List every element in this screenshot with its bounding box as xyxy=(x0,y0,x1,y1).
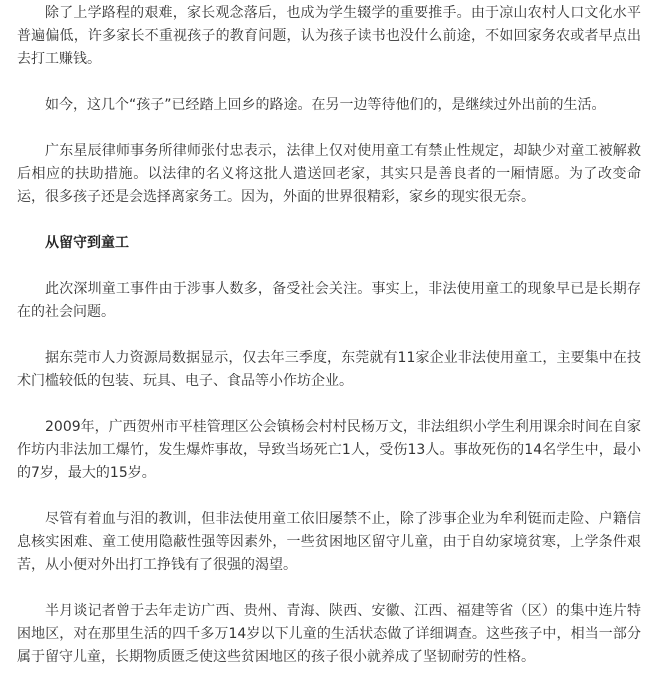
paragraph-return-home: 如今，这几个“孩子”已经踏上回乡的路途。在另一边等待他们的，是继续过外出前的生活… xyxy=(17,94,641,117)
paragraph-parental-attitudes: 除了上学路程的艰难，家长观念落后，也成为学生辍学的重要推手。由于凉山农村人口文化… xyxy=(17,2,641,71)
paragraph-persistent-problem: 尽管有着血与泪的教训，但非法使用童工依旧屡禁不止，除了涉事企业为牟利铤而走险、户… xyxy=(17,508,641,577)
section-heading: 从留守到童工 xyxy=(17,232,641,255)
paragraph-hezhou-explosion: 2009年，广西贺州市平桂管理区公会镇杨会村村民杨万文，非法组织小学生利用课余时… xyxy=(17,416,641,485)
paragraph-dongguan-data: 据东莞市人力资源局数据显示，仅去年三季度，东莞就有11家企业非法使用童工，主要集… xyxy=(17,347,641,393)
paragraph-shenzhen-incident: 此次深圳童工事件由于涉事人数多，备受社会关注。事实上，非法使用童工的现象早已是长… xyxy=(17,278,641,324)
article-body: 除了上学路程的艰难，家长观念落后，也成为学生辍学的重要推手。由于凉山农村人口文化… xyxy=(0,0,641,669)
paragraph-lawyer-comment: 广东星辰律师事务所律师张付忠表示，法律上仅对使用童工有禁止性规定，却缺少对童工被… xyxy=(17,140,641,209)
paragraph-survey: 半月谈记者曾于去年走访广西、贵州、青海、陕西、安徽、江西、福建等省（区）的集中连… xyxy=(17,600,641,669)
